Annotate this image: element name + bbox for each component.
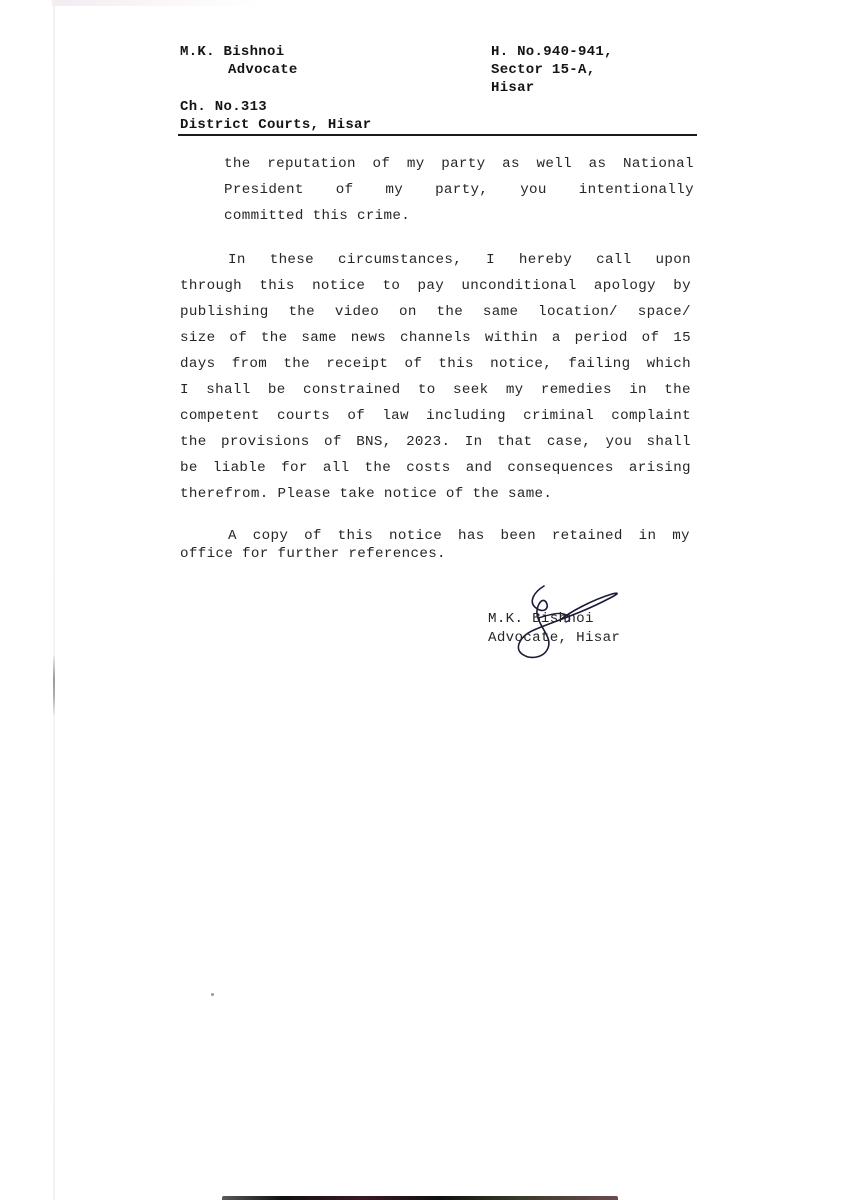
text-line: committed this crime.: [224, 203, 694, 229]
word: party: [441, 151, 485, 177]
word: of: [642, 325, 660, 351]
word: consequences: [507, 455, 613, 481]
word: period: [575, 325, 628, 351]
word: on: [399, 299, 417, 325]
word: seek: [453, 377, 488, 403]
word: copy: [253, 527, 288, 545]
word: this: [259, 273, 294, 299]
word: location/: [538, 299, 618, 325]
word: In: [228, 247, 246, 273]
advocate-name: M.K. Bishnoi: [180, 43, 284, 61]
signature-block: M.K. Bishnoi Advocate, Hisar: [488, 610, 620, 648]
word: to: [383, 273, 401, 299]
word: of: [229, 325, 247, 351]
text-line: sizeofthesamenewschannelswithinaperiodof…: [180, 325, 691, 351]
word: liable: [213, 455, 266, 481]
word: my: [672, 527, 690, 545]
word: notice,: [490, 351, 552, 377]
text-line: Acopyofthisnoticehasbeenretainedinmy: [180, 527, 690, 545]
word: you: [520, 177, 547, 203]
address-line-1: H. No.940-941,: [491, 43, 613, 61]
scan-artifact-left-mark: [53, 655, 55, 715]
word: these: [270, 247, 314, 273]
word: in: [639, 527, 657, 545]
word: this: [338, 527, 373, 545]
word: 15: [673, 325, 691, 351]
text-line: Inthesecircumstances,Iherebycallupon: [180, 247, 691, 273]
word: National: [623, 151, 694, 177]
word: my: [407, 151, 425, 177]
word: case,: [547, 429, 591, 455]
word: has: [458, 527, 485, 545]
word: my: [506, 377, 524, 403]
word: President: [224, 177, 304, 203]
address-line-3: Hisar: [491, 79, 535, 97]
word: a: [552, 325, 561, 351]
text-line: throughthisnoticetopayunconditionalapolo…: [180, 273, 691, 299]
word: provisions: [221, 429, 310, 455]
word: publishing: [180, 299, 269, 325]
word: news: [351, 325, 386, 351]
word: my: [385, 177, 403, 203]
word: the: [261, 325, 288, 351]
word: well: [537, 151, 572, 177]
text-line: thereputationofmypartyaswellasNational: [224, 151, 694, 177]
text-line: competentcourtsoflawincludingcriminalcom…: [180, 403, 691, 429]
word: law: [382, 403, 409, 429]
word: as: [589, 151, 607, 177]
word: reputation: [267, 151, 356, 177]
word: apology: [594, 273, 656, 299]
word: to: [418, 377, 436, 403]
word: shall: [647, 429, 691, 455]
word: days: [180, 351, 215, 377]
word: for: [281, 455, 308, 481]
word: remedies: [541, 377, 612, 403]
scan-artifact-left-edge: [53, 0, 55, 1200]
word: the: [224, 151, 251, 177]
word: through: [180, 273, 242, 299]
word: of: [304, 527, 322, 545]
text-line: therefrom. Please take notice of the sam…: [180, 481, 691, 507]
word: circumstances,: [338, 247, 462, 273]
text-line: daysfromthereceiptofthisnotice,failingwh…: [180, 351, 691, 377]
word: you: [606, 429, 633, 455]
word: failing: [568, 351, 630, 377]
word: the: [180, 429, 207, 455]
word: A: [228, 527, 237, 545]
text-line: Ishallbeconstrainedtoseekmyremediesinthe: [180, 377, 691, 403]
word: criminal: [523, 403, 594, 429]
word: in: [629, 377, 647, 403]
notice-page: M.K. Bishnoi Advocate Ch. No.313 Distric…: [0, 0, 849, 1200]
scan-artifact-dot: [211, 993, 214, 996]
word: the: [365, 455, 392, 481]
advocate-title: Advocate: [228, 61, 298, 79]
word: space/: [638, 299, 691, 325]
word: complaint: [611, 403, 691, 429]
word: video: [335, 299, 379, 325]
word: same: [483, 299, 518, 325]
word: party,: [435, 177, 488, 203]
word: 2023.: [406, 429, 450, 455]
paragraph-copy-retained: Acopyofthisnoticehasbeenretainedinmy off…: [180, 527, 690, 563]
word: retained: [552, 527, 623, 545]
word: of: [324, 429, 342, 455]
text-line: Presidentofmyparty,youintentionally: [224, 177, 694, 203]
word: which: [647, 351, 691, 377]
word: competent: [180, 403, 260, 429]
word: that: [497, 429, 532, 455]
text-line: office for further references.: [180, 545, 690, 563]
word: constrained: [303, 377, 401, 403]
word: I: [180, 377, 189, 403]
word: In: [465, 429, 483, 455]
word: call: [596, 247, 631, 273]
word: receipt: [326, 351, 388, 377]
word: size: [180, 325, 215, 351]
word: pay: [418, 273, 445, 299]
signatory-name: M.K. Bishnoi: [488, 610, 620, 629]
word: be: [180, 455, 198, 481]
word: hereby: [519, 247, 572, 273]
word: the: [283, 351, 310, 377]
word: the: [664, 377, 691, 403]
word: notice: [389, 527, 442, 545]
word: channels: [400, 325, 471, 351]
word: I: [486, 247, 495, 273]
signatory-designation: Advocate, Hisar: [488, 629, 620, 648]
chamber-number: Ch. No.313: [180, 98, 267, 116]
word: within: [485, 325, 538, 351]
word: all: [323, 455, 350, 481]
word: including: [426, 403, 506, 429]
word: notice: [312, 273, 365, 299]
text-line: beliableforallthecostsandconsequencesari…: [180, 455, 691, 481]
word: same: [301, 325, 336, 351]
word: upon: [656, 247, 691, 273]
word: shall: [206, 377, 250, 403]
word: of: [404, 351, 422, 377]
word: of: [372, 151, 390, 177]
paragraph-reputation: thereputationofmypartyaswellasNational P…: [224, 151, 694, 229]
word: unconditional: [461, 273, 576, 299]
word: as: [502, 151, 520, 177]
text-line: theprovisionsofBNS,2023.Inthatcase,yoush…: [180, 429, 691, 455]
address-line-2: Sector 15-A,: [491, 61, 595, 79]
scan-artifact-top: [52, 0, 262, 6]
paragraph-demand: Inthesecircumstances,Iherebycallupon thr…: [180, 247, 691, 507]
word: arising: [629, 455, 691, 481]
text-line: publishingthevideoonthesamelocation/spac…: [180, 299, 691, 325]
word: the: [288, 299, 315, 325]
word: BNS,: [356, 429, 391, 455]
word: and: [466, 455, 493, 481]
word: of: [347, 403, 365, 429]
word: been: [500, 527, 535, 545]
letterhead-divider: [178, 134, 697, 136]
word: of: [336, 177, 354, 203]
court-name: District Courts, Hisar: [180, 116, 371, 134]
scan-artifact-bottom: [222, 1196, 618, 1200]
word: from: [232, 351, 267, 377]
word: intentionally: [579, 177, 694, 203]
word: costs: [406, 455, 450, 481]
word: the: [436, 299, 463, 325]
word: courts: [277, 403, 330, 429]
word: by: [673, 273, 691, 299]
word: this: [438, 351, 473, 377]
word: be: [268, 377, 286, 403]
